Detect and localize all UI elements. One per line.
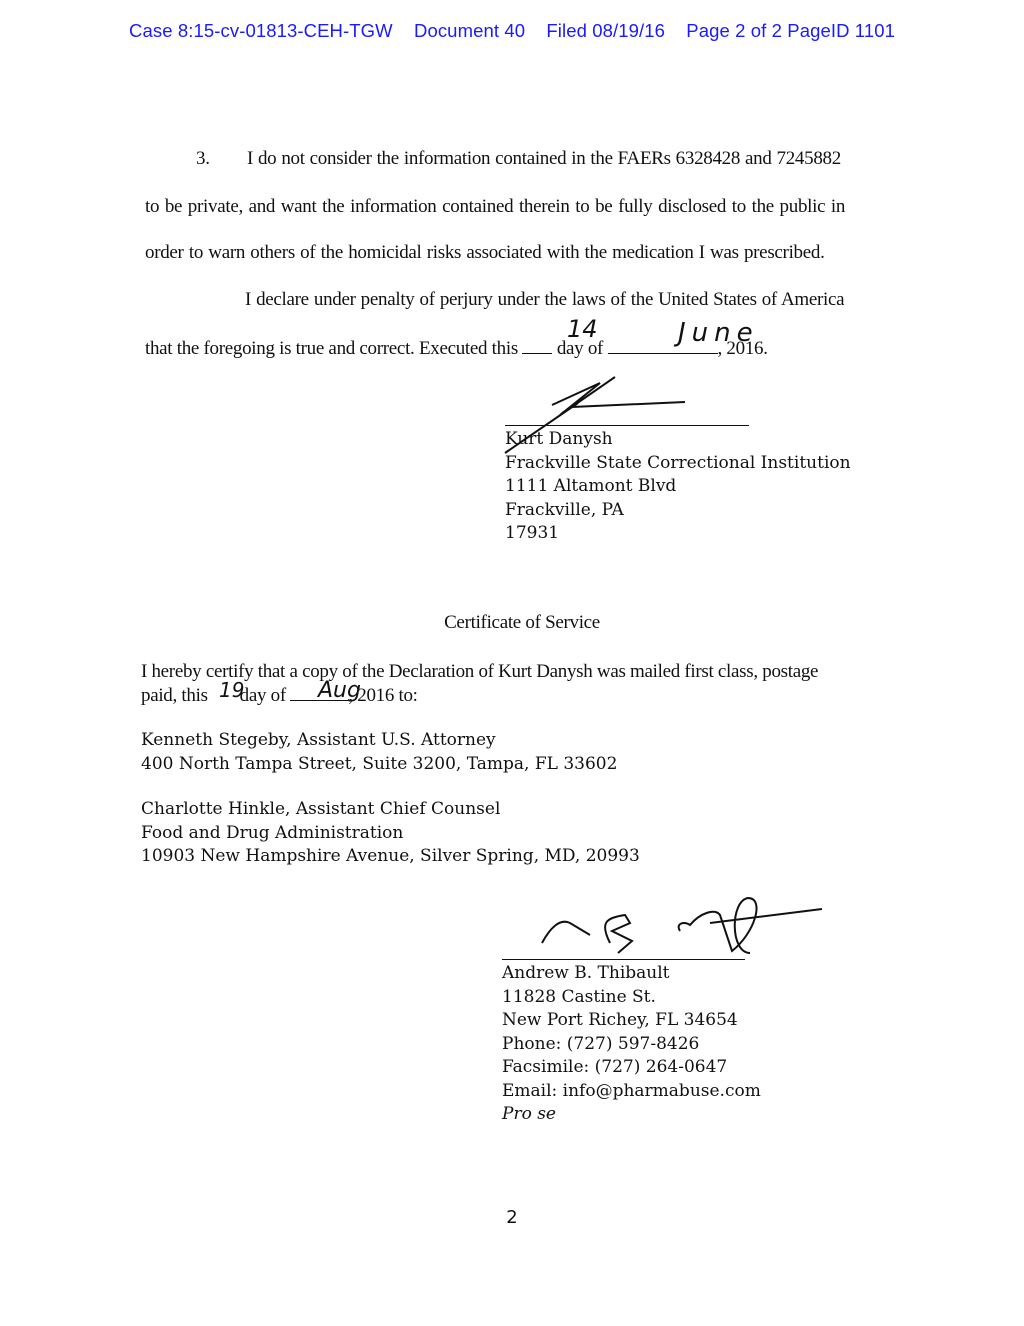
certificate-line-2: paid, thisday of , 2016 to: — [141, 682, 418, 707]
thibault-signature — [500, 893, 830, 963]
recipient-2: Charlotte Hinkle, Assistant Chief Counse… — [141, 798, 640, 869]
day-of-text: day of — [240, 685, 286, 706]
paragraph-3-line-2: to be private, and want the information … — [145, 196, 845, 218]
executed-text: that the foregoing is true and correct. … — [145, 338, 518, 359]
certificate-title: Certificate of Service — [0, 612, 1024, 634]
signature-line-danysh — [505, 425, 749, 426]
declaration-line-1: I declare under penalty of perjury under… — [245, 289, 844, 311]
recipient-2-line: Charlotte Hinkle, Assistant Chief Counse… — [141, 798, 640, 822]
paragraph-3-line-3: order to warn others of the homicidal ri… — [145, 242, 825, 264]
declarant-institution: Frackville State Correctional Institutio… — [505, 452, 851, 476]
handwritten-month: Aug — [318, 678, 361, 703]
page-id: Page 2 of 2 PageID 1101 — [686, 20, 895, 41]
recipient-1: Kenneth Stegeby, Assistant U.S. Attorney… — [141, 729, 617, 776]
declaration-line-2: that the foregoing is true and correct. … — [145, 335, 768, 360]
signer-name: Andrew B. Thibault — [502, 962, 761, 986]
day-blank — [522, 335, 552, 354]
recipient-1-line: 400 North Tampa Street, Suite 3200, Tamp… — [141, 753, 617, 777]
signer-role: Pro se — [502, 1103, 761, 1127]
signer-street: 11828 Castine St. — [502, 986, 761, 1010]
signer-fax: Facsimile: (727) 264-0647 — [502, 1056, 761, 1080]
declarant-zip: 17931 — [505, 522, 851, 546]
handwritten-day: 19 — [219, 678, 244, 702]
handwritten-month: June — [678, 318, 759, 348]
page-number: 2 — [0, 1207, 1024, 1228]
signer-block: Andrew B. Thibault 11828 Castine St. New… — [502, 962, 761, 1127]
recipient-2-line: 10903 New Hampshire Avenue, Silver Sprin… — [141, 845, 640, 869]
signer-phone: Phone: (727) 597-8426 — [502, 1033, 761, 1057]
recipient-2-line: Food and Drug Administration — [141, 822, 640, 846]
paragraph-number: 3. — [196, 148, 210, 170]
signature-line-thibault — [502, 959, 745, 960]
case-number: Case 8:15-cv-01813-CEH-TGW — [129, 20, 393, 41]
handwritten-day: 14 — [567, 315, 598, 343]
recipient-1-line: Kenneth Stegeby, Assistant U.S. Attorney — [141, 729, 617, 753]
document-number: Document 40 — [414, 20, 525, 41]
signer-city: New Port Richey, FL 34654 — [502, 1009, 761, 1033]
declarant-name: Kurt Danysh — [505, 428, 851, 452]
signer-email: Email: info@pharmabuse.com — [502, 1080, 761, 1104]
declarant-city: Frackville, PA — [505, 499, 851, 523]
case-header: Case 8:15-cv-01813-CEH-TGW Document 40 F… — [0, 20, 1024, 42]
declarant-block: Kurt Danysh Frackville State Correctiona… — [505, 428, 851, 546]
declarant-street: 1111 Altamont Blvd — [505, 475, 851, 499]
paid-this-text: paid, this — [141, 685, 208, 706]
paragraph-3-line-1: I do not consider the information contai… — [247, 148, 841, 170]
filed-date: Filed 08/19/16 — [546, 20, 665, 41]
